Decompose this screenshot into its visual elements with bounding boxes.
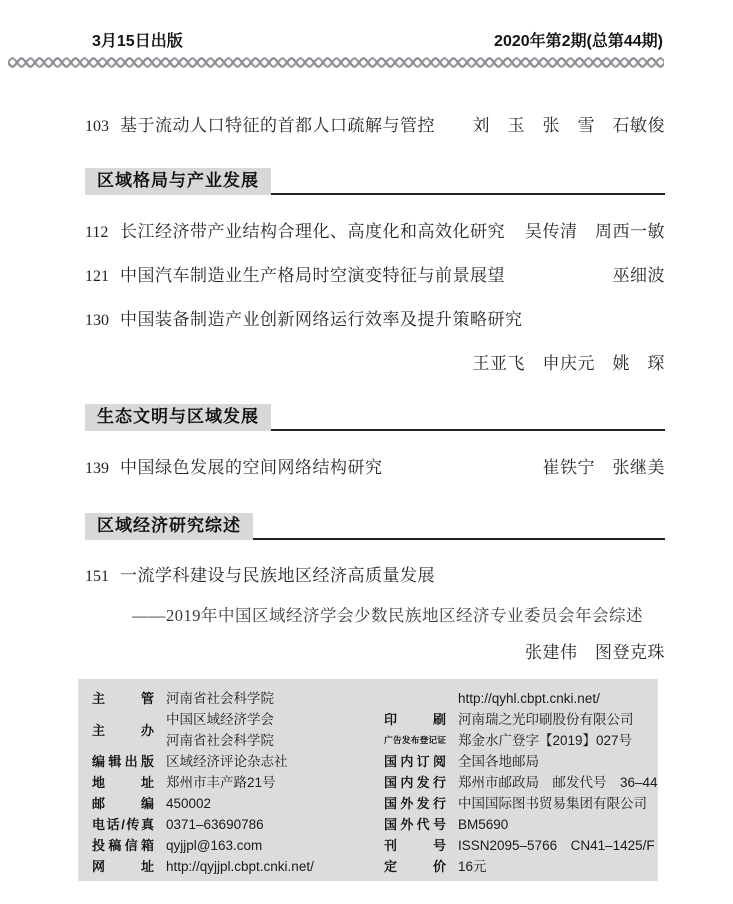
section-title: 生态文明与区域发展	[85, 404, 271, 431]
info-row: 网址 http://qyjjpl.cbpt.cnki.net/	[92, 856, 384, 877]
entry-page-number: 112	[85, 222, 120, 244]
entry-title: 一流学科建设与民族地区经济高质量发展	[120, 565, 665, 587]
section-header-industry: 区域格局与产业发展	[85, 168, 665, 195]
info-label: 地址	[92, 772, 154, 793]
info-value: http://qyhl.cbpt.cnki.net/	[458, 688, 658, 709]
info-value: 中国区域经济学会 河南省社会科学院	[166, 709, 384, 751]
toc-entry: 112 长江经济带产业结构合理化、高度化和高效化研究 吴传清 周西一敏	[85, 221, 665, 244]
info-value: BM5690	[458, 814, 658, 835]
entry-title: 中国绿色发展的空间网络结构研究	[120, 457, 535, 479]
toc-entry: 139 中国绿色发展的空间网络结构研究 崔铁宁 张继美	[85, 457, 665, 480]
rope-border-ornament	[8, 56, 664, 69]
info-label: 邮编	[92, 793, 154, 814]
entry-title: 基于流动人口特征的首都人口疏解与管控	[120, 115, 465, 137]
section-rule	[271, 429, 665, 431]
info-value: 区域经济评论杂志社	[166, 751, 384, 772]
info-row: 印刷 河南瑞之光印刷股份有限公司	[384, 709, 658, 730]
info-value-line: 中国区域经济学会	[166, 712, 274, 727]
info-label: 编辑出版	[92, 751, 154, 772]
info-value: 中国国际图书贸易集团有限公司	[458, 793, 658, 814]
info-value: 全国各地邮局	[458, 751, 658, 772]
entry-authors-line: 王亚飞 申庆元 姚 琛	[85, 354, 665, 374]
toc-entry: 103 基于流动人口特征的首都人口疏解与管控 刘 玉 张 雪 石敏俊	[85, 115, 665, 138]
section-title: 区域经济研究综述	[85, 513, 253, 540]
entry-title: 中国汽车制造业生产格局时空演变特征与前景展望	[120, 265, 605, 287]
entry-authors: 崔铁宁 张继美	[543, 457, 666, 479]
info-value: 郑州市丰产路21号	[166, 772, 384, 793]
info-value: 450002	[166, 793, 384, 814]
info-value: 郑州市邮政局 邮发代号 36–44	[458, 772, 658, 793]
publisher-info-right-column: http://qyhl.cbpt.cnki.net/ 印刷 河南瑞之光印刷股份有…	[384, 688, 658, 877]
publisher-info-left-column: 主管 河南省社会科学院 主办 中国区域经济学会 河南省社会科学院 编辑出版 区域…	[92, 688, 384, 877]
info-label: 国外代号	[384, 814, 446, 835]
info-row: 国内发行 郑州市邮政局 邮发代号 36–44	[384, 772, 658, 793]
publisher-info-box: 主管 河南省社会科学院 主办 中国区域经济学会 河南省社会科学院 编辑出版 区域…	[78, 679, 658, 881]
toc-entry: 130 中国装备制造产业创新网络运行效率及提升策略研究	[85, 309, 665, 332]
entry-authors: 刘 玉 张 雪 石敏俊	[473, 115, 666, 137]
info-row: 主办 中国区域经济学会 河南省社会科学院	[92, 709, 384, 751]
info-value: ISSN2095–5766 CN41–1425/F	[458, 835, 658, 856]
info-row: 邮编 450002	[92, 793, 384, 814]
section-rule	[253, 538, 665, 540]
info-label	[384, 688, 446, 709]
info-value: http://qyjjpl.cbpt.cnki.net/	[166, 856, 384, 877]
entry-page-number: 139	[85, 458, 120, 480]
info-label: 国内订阅	[384, 751, 446, 772]
info-row: 国外代号 BM5690	[384, 814, 658, 835]
info-row: 刊号 ISSN2095–5766 CN41–1425/F	[384, 835, 658, 856]
entry-authors: 吴传清 周西一敏	[525, 221, 665, 243]
entry-title: 长江经济带产业结构合理化、高度化和高效化研究	[120, 221, 517, 243]
info-value: 郑金水广登字【2019】027号	[458, 730, 658, 751]
info-value: 16元	[458, 856, 658, 877]
info-row: 地址 郑州市丰产路21号	[92, 772, 384, 793]
section-header-review: 区域经济研究综述	[85, 513, 665, 540]
info-row: 广告发布登记证 郑金水广登字【2019】027号	[384, 730, 658, 751]
journal-contents-page: 3月15日出版 2020年第2期(总第44期) 103 基于流动人口特征的首都人…	[0, 0, 733, 904]
info-row: 编辑出版 区域经济评论杂志社	[92, 751, 384, 772]
issue-number: 2020年第2期(总第44期)	[494, 28, 663, 51]
table-of-contents: 103 基于流动人口特征的首都人口疏解与管控 刘 玉 张 雪 石敏俊 区域格局与…	[0, 115, 733, 663]
toc-entry: 121 中国汽车制造业生产格局时空演变特征与前景展望 巫细波	[85, 265, 665, 288]
info-label: 投稿信箱	[92, 835, 154, 856]
entry-authors-line: 张建伟 图登克珠	[85, 643, 665, 663]
info-value: 0371–63690786	[166, 814, 384, 835]
entry-page-number: 151	[85, 566, 120, 588]
entry-authors: 巫细波	[613, 265, 666, 287]
info-row: 主管 河南省社会科学院	[92, 688, 384, 709]
info-label: 网址	[92, 856, 154, 877]
info-label: 主办	[92, 720, 154, 741]
section-title: 区域格局与产业发展	[85, 168, 271, 195]
info-label: 国外发行	[384, 793, 446, 814]
entry-title: 中国装备制造产业创新网络运行效率及提升策略研究	[120, 309, 665, 331]
info-value: qyjjpl@163.com	[166, 835, 384, 856]
entry-page-number: 121	[85, 266, 120, 288]
info-row: 定价 16元	[384, 856, 658, 877]
info-row: http://qyhl.cbpt.cnki.net/	[384, 688, 658, 709]
info-label: 刊号	[384, 835, 446, 856]
entry-page-number: 130	[85, 310, 120, 332]
info-row: 国内订阅 全国各地邮局	[384, 751, 658, 772]
info-label: 电话/传真	[92, 814, 154, 835]
info-row: 国外发行 中国国际图书贸易集团有限公司	[384, 793, 658, 814]
info-value: 河南省社会科学院	[166, 688, 384, 709]
entry-subtitle: ——2019年中国区域经济学会少数民族地区经济专业委员会年会综述	[85, 605, 665, 627]
toc-entry: 151 一流学科建设与民族地区经济高质量发展	[85, 565, 665, 588]
info-value-line: 河南省社会科学院	[166, 733, 274, 748]
info-row: 投稿信箱 qyjjpl@163.com	[92, 835, 384, 856]
entry-page-number: 103	[85, 116, 120, 138]
info-label: 主管	[92, 688, 154, 709]
section-rule	[271, 193, 665, 195]
section-header-ecology: 生态文明与区域发展	[85, 404, 665, 431]
info-label: 国内发行	[384, 772, 446, 793]
info-label: 广告发布登记证	[384, 730, 446, 751]
info-label: 定价	[384, 856, 446, 877]
masthead: 3月15日出版 2020年第2期(总第44期)	[0, 0, 733, 51]
publish-date: 3月15日出版	[92, 28, 183, 51]
info-value: 河南瑞之光印刷股份有限公司	[458, 709, 658, 730]
info-row: 电话/传真 0371–63690786	[92, 814, 384, 835]
info-label: 印刷	[384, 709, 446, 730]
